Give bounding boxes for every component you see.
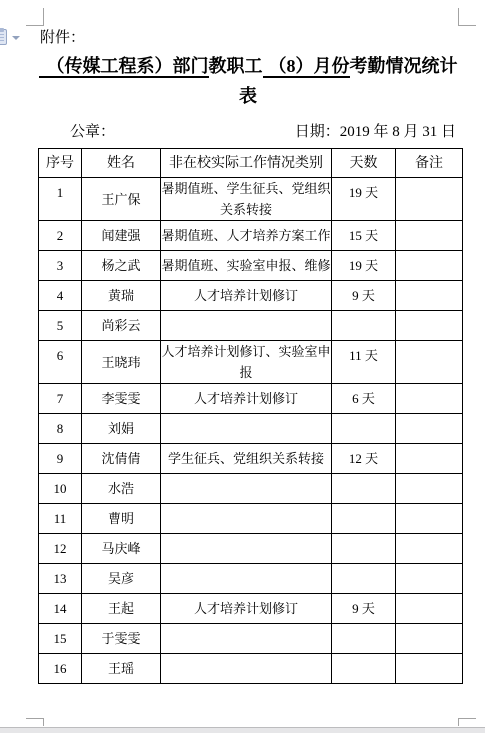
attendance-table: 序号 姓名 非在校实际工作情况类别 天数 备注 1 王广保 暑期值班、学生征兵、…: [38, 148, 463, 684]
cell-days: [332, 654, 396, 684]
cell-serial-number: 6: [39, 341, 82, 384]
cell-serial-number: 14: [39, 594, 82, 624]
header-remark: 备注: [396, 149, 463, 178]
cell-name: 吴彦: [82, 564, 161, 594]
cell-days: [332, 504, 396, 534]
cell-name: 王瑶: [82, 654, 161, 684]
chevron-down-icon: [12, 36, 20, 40]
table-header-row: 序号 姓名 非在校实际工作情况类别 天数 备注: [39, 149, 463, 178]
cell-serial-number: 8: [39, 414, 82, 444]
cell-work-category: 暑期值班、学生征兵、党组织关系转接: [161, 178, 332, 221]
page-title: （传媒工程系）部门教职工（8）月份考勤情况统计 表: [36, 51, 460, 111]
header-days: 天数: [332, 149, 396, 178]
cell-name: 王广保: [82, 178, 161, 221]
cell-remark: [396, 444, 463, 474]
cell-remark: [396, 178, 463, 221]
cell-serial-number: 9: [39, 444, 82, 474]
cell-remark: [396, 251, 463, 281]
table-row: 12 马庆峰: [39, 534, 463, 564]
document-page: 附件： （传媒工程系）部门教职工（8）月份考勤情况统计 表 公章： 日期：201…: [0, 0, 485, 733]
cell-days: [332, 564, 396, 594]
title-staff-text: 教职工: [209, 56, 263, 76]
cell-remark: [396, 504, 463, 534]
cell-days: 9 天: [332, 281, 396, 311]
cell-work-category: [161, 564, 332, 594]
cell-serial-number: 4: [39, 281, 82, 311]
cell-work-category: 暑期值班、实验室申报、维修: [161, 251, 332, 281]
cell-name: 闻建强: [82, 221, 161, 251]
cell-remark: [396, 341, 463, 384]
cell-serial-number: 13: [39, 564, 82, 594]
title-tail-text: 考勤情况统计: [350, 56, 458, 76]
cell-work-category: 暑期值班、人才培养方案工作: [161, 221, 332, 251]
cell-work-category: 人才培养计划修订、实验室申报: [161, 341, 332, 384]
cell-days: [332, 474, 396, 504]
cell-days: 15 天: [332, 221, 396, 251]
cell-name: 曹明: [82, 504, 161, 534]
crop-mark-bottom-left-icon: [26, 718, 44, 726]
date-label: 日期：2019 年 8 月 31 日: [295, 120, 456, 141]
cell-remark: [396, 594, 463, 624]
cell-days: 6 天: [332, 384, 396, 414]
paste-options-button[interactable]: [0, 28, 22, 48]
cell-days: 11 天: [332, 341, 396, 384]
cell-remark: [396, 281, 463, 311]
cell-serial-number: 1: [39, 178, 82, 221]
cell-serial-number: 16: [39, 654, 82, 684]
table-row: 14 王起 人才培养计划修订 9 天: [39, 594, 463, 624]
table-row: 6 王晓玮 人才培养计划修订、实验室申报 11 天: [39, 341, 463, 384]
cell-serial-number: 10: [39, 474, 82, 504]
cell-work-category: [161, 654, 332, 684]
cell-serial-number: 12: [39, 534, 82, 564]
table-row: 5 尚彩云: [39, 311, 463, 341]
title-month-underlined: （8）月份: [263, 56, 350, 78]
cell-remark: [396, 624, 463, 654]
cell-remark: [396, 414, 463, 444]
cell-work-category: 人才培养计划修订: [161, 594, 332, 624]
crop-mark-top-left-icon: [26, 8, 44, 26]
cell-days: 12 天: [332, 444, 396, 474]
table-row: 15 于雯雯: [39, 624, 463, 654]
cell-work-category: [161, 624, 332, 654]
cell-days: [332, 311, 396, 341]
document-bottom-edge: [0, 727, 485, 733]
cell-remark: [396, 564, 463, 594]
cell-days: 19 天: [332, 178, 396, 221]
cell-serial-number: 15: [39, 624, 82, 654]
cell-work-category: [161, 414, 332, 444]
cell-name: 杨之武: [82, 251, 161, 281]
crop-mark-bottom-right-icon: [458, 718, 476, 726]
title-department-underlined: （传媒工程系）部门: [39, 56, 209, 78]
cell-days: 19 天: [332, 251, 396, 281]
cell-remark: [396, 534, 463, 564]
cell-serial-number: 5: [39, 311, 82, 341]
table-row: 9 沈倩倩 学生征兵、党组织关系转接 12 天: [39, 444, 463, 474]
cell-name: 刘娟: [82, 414, 161, 444]
table-row: 10 水浩: [39, 474, 463, 504]
cell-name: 水浩: [82, 474, 161, 504]
cell-days: 9 天: [332, 594, 396, 624]
table-row: 16 王瑶: [39, 654, 463, 684]
cell-serial-number: 3: [39, 251, 82, 281]
page-title-line2: 表: [36, 81, 460, 111]
cell-remark: [396, 654, 463, 684]
header-name: 姓名: [82, 149, 161, 178]
cell-work-category: [161, 474, 332, 504]
page-title-line1: （传媒工程系）部门教职工（8）月份考勤情况统计: [36, 51, 460, 81]
table-row: 2 闻建强 暑期值班、人才培养方案工作 15 天: [39, 221, 463, 251]
cell-name: 尚彩云: [82, 311, 161, 341]
table-row: 11 曹明: [39, 504, 463, 534]
cell-name: 沈倩倩: [82, 444, 161, 474]
cell-name: 马庆峰: [82, 534, 161, 564]
clipboard-paste-icon: [0, 29, 7, 45]
crop-mark-top-right-icon: [458, 8, 476, 26]
cell-remark: [396, 474, 463, 504]
cell-remark: [396, 311, 463, 341]
cell-work-category: 人才培养计划修订: [161, 281, 332, 311]
table-row: 13 吴彦: [39, 564, 463, 594]
cell-work-category: [161, 311, 332, 341]
table-row: 7 李雯雯 人才培养计划修订 6 天: [39, 384, 463, 414]
table-row: 3 杨之武 暑期值班、实验室申报、维修 19 天: [39, 251, 463, 281]
cell-days: [332, 414, 396, 444]
header-work-category: 非在校实际工作情况类别: [161, 149, 332, 178]
cell-serial-number: 2: [39, 221, 82, 251]
cell-name: 王晓玮: [82, 341, 161, 384]
cell-work-category: [161, 504, 332, 534]
official-seal-label: 公章：: [70, 120, 115, 141]
cell-remark: [396, 221, 463, 251]
attachment-label: 附件：: [40, 26, 85, 47]
cell-days: [332, 624, 396, 654]
cell-remark: [396, 384, 463, 414]
cell-work-category: 学生征兵、党组织关系转接: [161, 444, 332, 474]
cell-work-category: 人才培养计划修订: [161, 384, 332, 414]
cell-days: [332, 534, 396, 564]
cell-work-category: [161, 534, 332, 564]
cell-name: 王起: [82, 594, 161, 624]
table-row: 1 王广保 暑期值班、学生征兵、党组织关系转接 19 天: [39, 178, 463, 221]
table-row: 4 黄瑞 人才培养计划修订 9 天: [39, 281, 463, 311]
cell-name: 黄瑞: [82, 281, 161, 311]
table-row: 8 刘娟: [39, 414, 463, 444]
cell-name: 于雯雯: [82, 624, 161, 654]
cell-serial-number: 11: [39, 504, 82, 534]
cell-serial-number: 7: [39, 384, 82, 414]
table-body: 1 王广保 暑期值班、学生征兵、党组织关系转接 19 天 2 闻建强 暑期值班、…: [39, 178, 463, 684]
header-serial-number: 序号: [39, 149, 82, 178]
cell-name: 李雯雯: [82, 384, 161, 414]
